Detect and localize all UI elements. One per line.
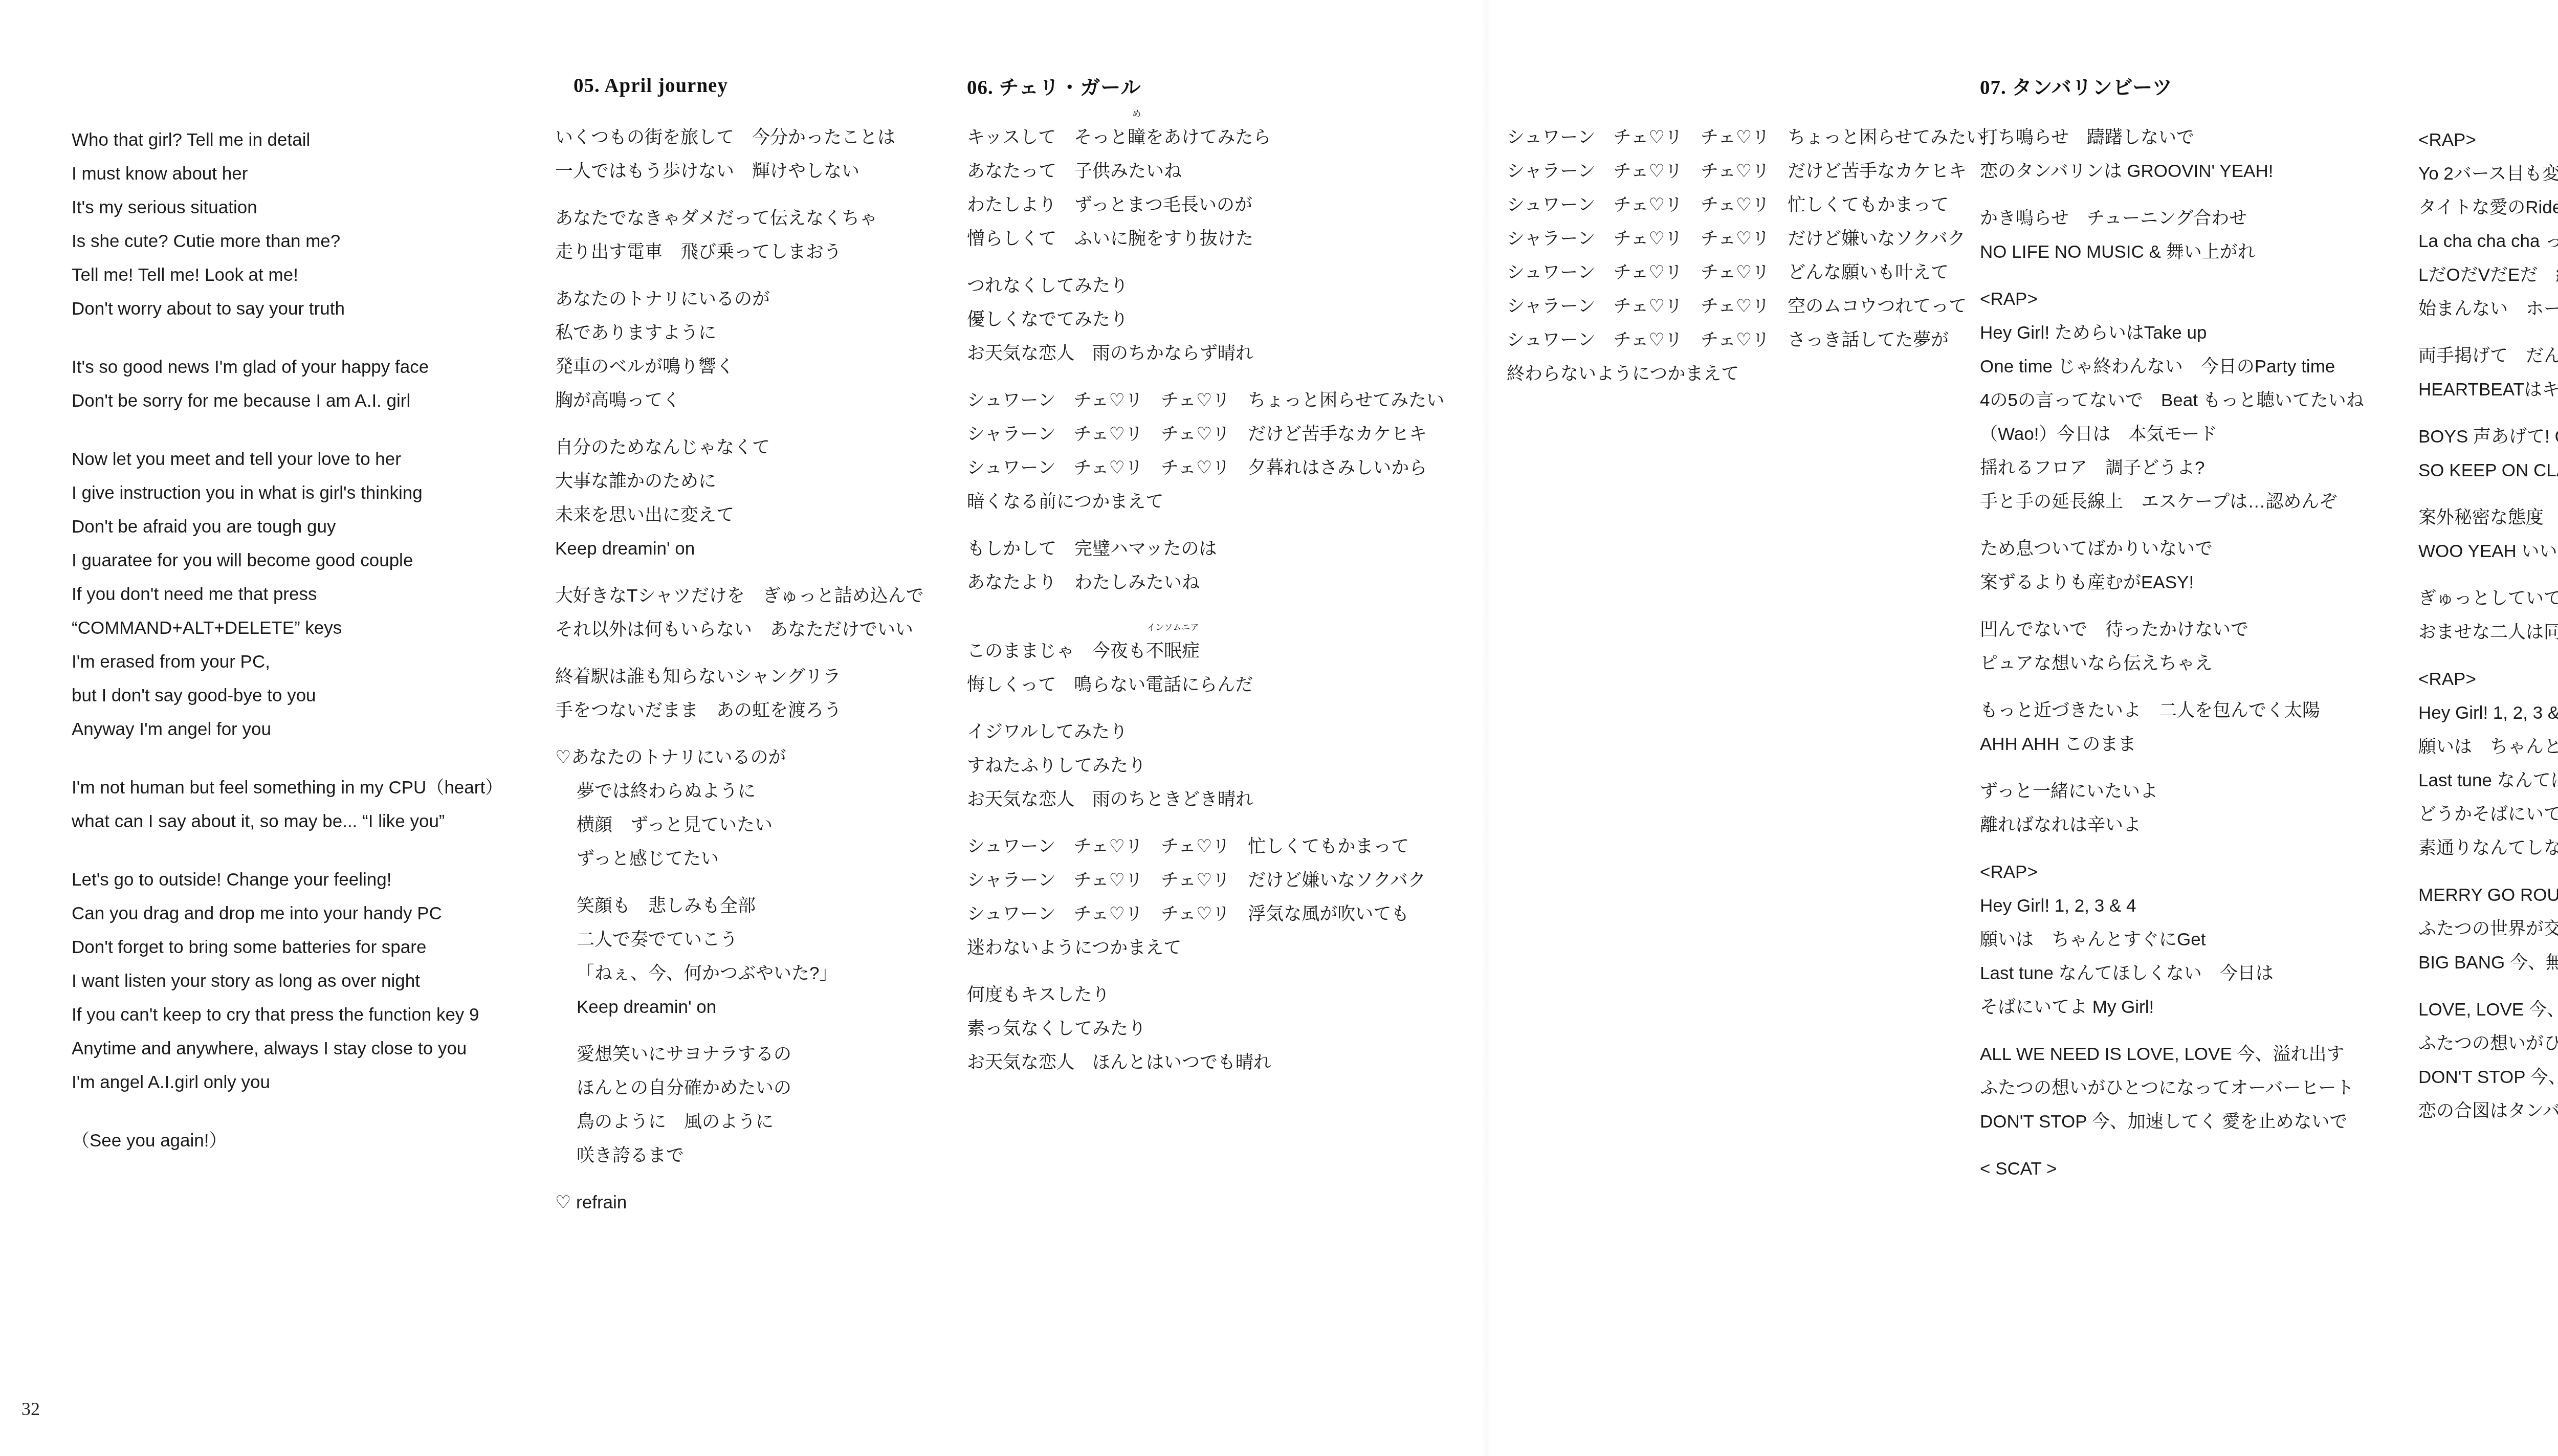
- lyric-line: 案外秘密な態度 そんな仕草にLIGHT ON: [2418, 501, 2558, 535]
- stanza-break: [967, 702, 1426, 715]
- lyric-line: 案ずるよりも産むがEASY!: [1980, 566, 2364, 600]
- lyric-line: ♡あなたのトナリにいるのが: [555, 741, 924, 775]
- stanza-break: [2418, 407, 2558, 420]
- lyric-line: 横顔 ずっと見ていたい: [555, 808, 924, 842]
- lyric-line: 4の5の言ってないで Beat もっと聴いてたいね: [1980, 384, 2364, 417]
- lyric-line: 咲き誇るまで: [555, 1139, 924, 1173]
- lyric-line: ふたつの想いがひとつになってオーバーヒート: [1980, 1071, 2364, 1105]
- lyric-line: シャラーン チェ♡リ チェ♡リ だけど苦手なカケヒキ: [967, 417, 1444, 451]
- lyric-line: It's so good news I'm glad of your happy…: [72, 350, 503, 384]
- lyric-line: シャラーン チェ♡リ チェ♡リ だけど嫌いなソクバク: [967, 864, 1426, 897]
- lyric-line: 始まんない ホーミー! 味わいたい恋… a ah…: [2418, 292, 2558, 326]
- lyric-line: ALL WE NEED IS LOVE, LOVE 今、溢れ出す: [1980, 1038, 2364, 1071]
- lyric-line: Don't be sorry for me because I am A.I. …: [72, 384, 503, 418]
- lyric-line: Don't worry about to say your truth: [72, 292, 503, 326]
- song-title-cherry-girl: 06. チェリ・ガール: [967, 72, 1141, 100]
- lyric-lines: 打ち鳴らせ 躊躇しないで恋のタンバリンは GROOVIN' YEAH!かき鳴らせ…: [1980, 121, 2364, 1186]
- lyric-line: いくつもの街を旅して 今分かったことは: [555, 121, 924, 155]
- lyric-lines: <RAP>Yo 2バース目も変わんないよタイトな愛のRide on!La cha…: [2418, 123, 2558, 1128]
- lyric-line: I'm not human but feel something in my C…: [72, 771, 503, 805]
- lyric-line: 何度もキスしたり: [967, 978, 1426, 1012]
- lyric-lines: このままじゃ 今夜もインソムニア不眠症: [967, 634, 1200, 668]
- stanza-break: [555, 417, 924, 431]
- lyric-line: Last tune なんてほしくない 今日は: [2418, 764, 2558, 798]
- lyric-line: 鳥のように 風のように: [555, 1105, 924, 1139]
- lyric-line: SO KEEP ON CLAPPING HANDS よろぴくねv: [2418, 454, 2558, 488]
- lyric-line: 素っ気なくしてみたり: [967, 1012, 1426, 1046]
- lyric-line: Is she cute? Cutie more than me?: [72, 225, 503, 258]
- lyric-line: ピュアな想いなら伝えちゃえ: [1980, 647, 2364, 680]
- lyric-line: 恋の合図はタンバリン: [2418, 1094, 2558, 1128]
- lyric-line: 願いは ちゃんとすぐにGet: [2418, 730, 2558, 764]
- lyric-line: それ以外は何もいらない あなただけでいい: [555, 613, 924, 647]
- lyric-line: 迷わないようにつかまえて: [967, 931, 1426, 965]
- lyric-line: Who that girl? Tell me in detail: [72, 123, 503, 157]
- lyric-line: <RAP>: [1980, 855, 2364, 889]
- ruby-base: め瞳: [1128, 121, 1145, 155]
- lyric-line: 大事な誰かのために: [555, 465, 924, 498]
- ruby-base: インソムニア不眠症: [1146, 634, 1200, 668]
- song-title-tambourine-beats: 07. タンバリンビーツ: [1980, 72, 2173, 100]
- lyric-line: シュワーン チェ♡リ チェ♡リ どんな願いも叶えて: [1507, 256, 1984, 290]
- lyric-line: 打ち鳴らせ 躊躇しないで: [1980, 121, 2364, 155]
- lyric-line: 暗くなる前につかまえて: [967, 485, 1444, 519]
- stanza-break: [2418, 326, 2558, 339]
- stanza-break: [967, 370, 1444, 384]
- lyric-line: MERRY GO ROUND, ROUND 今、廻り出す: [2418, 878, 2558, 912]
- lyric-line: お天気な恋人 雨のちときどき晴れ: [967, 783, 1426, 817]
- lyric-line: One time じゃ終わんない 今日のParty time: [1980, 350, 2364, 384]
- lyric-line: Keep dreamin' on: [555, 532, 924, 566]
- lyric-line: 自分のためなんじゃなくて: [555, 431, 924, 465]
- lyric-line: <RAP>: [2418, 663, 2558, 696]
- lyric-line: Let's go to outside! Change your feeling…: [72, 863, 503, 897]
- stanza-break: [555, 269, 924, 282]
- stanza-break: [72, 326, 503, 350]
- lyric-lines: あなたって 子供みたいねわたしより ずっとまつ毛長いのが憎らしくて ふいに腕をす…: [967, 155, 1444, 613]
- lyric-line: Don't forget to bring some batteries for…: [72, 931, 503, 964]
- lyric-line: Anytime and anywhere, always I stay clos…: [72, 1032, 503, 1066]
- stanza-break: [1980, 761, 2364, 775]
- lyric-line: あなたって 子供みたいね: [967, 155, 1444, 188]
- stanza-break: [555, 1024, 924, 1038]
- lyric-line-with-ruby: このままじゃ 今夜もインソムニア不眠症: [967, 634, 1200, 668]
- lyric-line: シュワーン チェ♡リ チェ♡リ ちょっと困らせてみたい: [1507, 121, 1984, 155]
- lyric-line: 大好きなTシャツだけを ぎゅっと詰め込んで: [555, 579, 924, 613]
- lyric-line: 凹んでないで 待ったかけないで: [1980, 613, 2364, 647]
- lyric-line: （See you again!）: [72, 1124, 503, 1158]
- lyric-line: Hey Girl! ためらいはTake up: [1980, 316, 2364, 350]
- lyric-line: シャラーン チェ♡リ チェ♡リ だけど嫌いなソクバク: [1507, 222, 1984, 256]
- lyric-line: お天気な恋人 ほんとはいつでも晴れ: [967, 1046, 1426, 1079]
- lyric-line: ♡ refrain: [555, 1186, 924, 1220]
- stanza-break: [555, 727, 924, 741]
- lyric-line: 憎らしくて ふいに腕をすり抜けた: [967, 222, 1444, 256]
- stanza-break: [1980, 600, 2364, 613]
- lyric-line: Don't be afraid you are tough guy: [72, 510, 503, 544]
- lyric-line: < SCAT >: [1980, 1152, 2364, 1186]
- lyric-lines: いくつもの街を旅して 今分かったことは一人ではもう歩けない 輝けやしないあなたで…: [555, 121, 924, 1220]
- lyric-line: かき鳴らせ チューニング合わせ: [1980, 202, 2364, 235]
- lyric-line: I guaratee for you will become good coup…: [72, 544, 503, 578]
- lyric-line: LOVE, LOVE 今、溢れ出す: [2418, 993, 2558, 1027]
- lyric-lines: シュワーン チェ♡リ チェ♡リ ちょっと困らせてみたいシャラーン チェ♡リ チェ…: [1507, 121, 1984, 391]
- lyric-line: 手と手の延長線上 エスケープは…認めんぞ: [1980, 485, 2364, 519]
- lyric-line: I give instruction you in what is girl's…: [72, 476, 503, 510]
- lyric-line: ずっと一緒にいたいよ: [1980, 775, 2364, 808]
- stanza-break: [1980, 842, 2364, 855]
- stanza-break: [967, 965, 1426, 978]
- lyric-line: 離ればなれは辛いよ: [1980, 808, 2364, 842]
- stanza-break: [1980, 269, 2364, 282]
- lyric-line: 愛想笑いにサヨナラするの: [555, 1038, 924, 1071]
- lyric-line: DON'T STOP 今、加速してく 愛を止めないで: [1980, 1105, 2364, 1139]
- lyric-lines: Who that girl? Tell me in detailI must k…: [72, 123, 503, 1158]
- stanza-break: [1980, 519, 2364, 532]
- stanza-break: [72, 839, 503, 863]
- lyric-line: LだOだVだEだ 結果 今日は君なしじゃ…: [2418, 258, 2558, 292]
- stanza-break: [2418, 568, 2558, 582]
- lyric-line: 悔しくって 鳴らない電話にらんだ: [967, 668, 1426, 702]
- stanza-break: [555, 876, 924, 889]
- lyric-line: 二人で奏でていこう: [555, 923, 924, 957]
- stanza-break: [967, 817, 1426, 830]
- lyric-line: ほんとの自分確かめたいの: [555, 1071, 924, 1105]
- lyric-line: I'm angel A.I.girl only you: [72, 1066, 503, 1099]
- stanza-break: [555, 566, 924, 579]
- lyric-line: すねたふりしてみたり: [967, 749, 1426, 783]
- lyric-line: 終わらないようにつかまえて: [1507, 357, 1984, 391]
- lyric-line: Hey Girl! 1, 2, 3 & 4: [2418, 696, 2558, 730]
- lyric-line: It's my serious situation: [72, 191, 503, 225]
- lyric-line: If you can't keep to cry that press the …: [72, 998, 503, 1032]
- lyric-line: シュワーン チェ♡リ チェ♡リ 忙しくてもかまって: [1507, 188, 1984, 222]
- stanza-break: [555, 188, 924, 202]
- lyric-line: I must know about her: [72, 157, 503, 191]
- lyric-line: 手をつないだまま あの虹を渡ろう: [555, 694, 924, 727]
- lyric-line: お天気な恋人 雨のちかならず晴れ: [967, 337, 1444, 370]
- stanza-break: [1980, 188, 2364, 202]
- stanza-break: [555, 647, 924, 660]
- lyric-line: If you don't need me that press: [72, 578, 503, 611]
- lyric-line: シュワーン チェ♡リ チェ♡リ さっき話してた夢が: [1507, 323, 1984, 357]
- lyric-line: 優しくなでてみたり: [967, 303, 1444, 337]
- ruby-annotation: め: [1132, 109, 1141, 118]
- stanza-break: [2418, 865, 2558, 878]
- lyric-lines: 悔しくって 鳴らない電話にらんだイジワルしてみたりすねたふりしてみたりお天気な恋…: [967, 668, 1426, 1079]
- lyric-line: Last tune なんてほしくない 今日は: [1980, 957, 2364, 990]
- stanza-break: [72, 1099, 503, 1124]
- lyric-line: ふたつの世界が交わってゆくユニバース: [2418, 912, 2558, 946]
- lyric-line: あなたでなきゃダメだって伝えなくちゃ: [555, 202, 924, 235]
- lyric-line: Keep dreamin' on: [555, 990, 924, 1024]
- lyric-line: but I don't say good-bye to you: [72, 679, 503, 713]
- lyric-line: 笑顔も 悲しみも全部: [555, 889, 924, 923]
- lyric-line: 私でありますように: [555, 316, 924, 350]
- stanza-break: [72, 418, 503, 443]
- lyric-line: 願いは ちゃんとすぐにGet: [1980, 923, 2364, 957]
- stanza-break: [967, 256, 1444, 269]
- lyric-line: I want listen your story as long as over…: [72, 964, 503, 998]
- lyric-lines: キッスして そっとめ瞳をあけてみたら: [967, 121, 1271, 155]
- lyric-line: 素通りなんてしないで One Love: [2418, 831, 2558, 865]
- lyric-line: “COMMAND+ALT+DELETE” keys: [72, 611, 503, 645]
- lyric-line: どうかそばにいてよ My Girl!: [2418, 798, 2558, 831]
- lyric-line: イジワルしてみたり: [967, 715, 1426, 749]
- stanza-break: [2418, 980, 2558, 993]
- lyric-line: タイトな愛のRide on!: [2418, 191, 2558, 225]
- lyric-line: NO LIFE NO MUSIC & 舞い上がれ: [1980, 235, 2364, 269]
- lyric-line: Now let you meet and tell your love to h…: [72, 443, 503, 476]
- lyric-line: WOO YEAH いいかも…: [2418, 535, 2558, 568]
- lyric-line: Can you drag and drop me into your handy…: [72, 897, 503, 931]
- song-title-april-journey: 05. April journey: [574, 74, 728, 97]
- lyric-line: つれなくしてみたり: [967, 269, 1444, 303]
- lyric-line: もしかして 完璧ハマッたのは: [967, 532, 1444, 566]
- ruby-annotation: インソムニア: [1147, 623, 1199, 632]
- lyric-line: ふたつの想いがひとつになってオーバーヒート: [2418, 1027, 2558, 1061]
- lyric-line: I'm erased from your PC,: [72, 645, 503, 679]
- lyric-line: 揺れるフロア 調子どうよ?: [1980, 451, 2364, 485]
- lyric-line: 胸が高鳴ってく: [555, 384, 924, 417]
- lyric-line: AHH AHH このまま: [1980, 727, 2364, 761]
- lyric-line: La cha cha cha って 愛は重なっちゃって: [2418, 225, 2558, 258]
- stanza-break: [2418, 649, 2558, 663]
- lyric-line: 走り出す電車 飛び乗ってしまおう: [555, 235, 924, 269]
- lyric-line: シュワーン チェ♡リ チェ♡リ ちょっと困らせてみたい: [967, 384, 1444, 417]
- lyric-line: （Wao!）今日は 本気モード: [1980, 417, 2364, 451]
- lyric-line: シュワーン チェ♡リ チェ♡リ 夕暮れはさみしいから: [967, 451, 1444, 485]
- lyric-line: シュワーン チェ♡リ チェ♡リ 忙しくてもかまって: [967, 830, 1426, 864]
- lyric-line: <RAP>: [2418, 123, 2558, 157]
- lyric-line: 発車のベルが鳴り響く: [555, 350, 924, 384]
- lyric-line: あなたのトナリにいるのが: [555, 282, 924, 316]
- lyric-booklet-spread: Who that girl? Tell me in detailI must k…: [0, 0, 2558, 1456]
- lyric-line: DON'T STOP 今、加速してく 愛を止めないで: [2418, 1061, 2558, 1094]
- lyric-line: 両手掲げて だんだんとアガれ: [2418, 339, 2558, 373]
- lyric-line: そばにいてよ My Girl!: [1980, 990, 2364, 1024]
- lyric-line: シュワーン チェ♡リ チェ♡リ 浮気な風が吹いても: [967, 897, 1426, 931]
- lyric-line: Anyway I'm angel for you: [72, 713, 503, 746]
- lyric-line: BOYS 声あげて! GIRLSもいっちゃって!: [2418, 420, 2558, 454]
- stanza-break: [2418, 488, 2558, 501]
- lyric-line: BIG BANG 今、無限大の情熱のENERGY: [2418, 946, 2558, 980]
- lyric-line: ため息ついてばかりいないで: [1980, 532, 2364, 566]
- lyric-line: HEARTBEATはキミと無限ループ: [2418, 373, 2558, 407]
- lyric-line: Hey Girl! 1, 2, 3 & 4: [1980, 889, 2364, 923]
- lyric-line: Yo 2バース目も変わんないよ: [2418, 157, 2558, 191]
- lyric-line: あなたより わたしみたいね: [967, 566, 1444, 600]
- stanza-break: [72, 746, 503, 771]
- page-number-left: 32: [21, 1398, 40, 1420]
- lyric-line-with-ruby: キッスして そっとめ瞳をあけてみたら: [967, 121, 1271, 155]
- stanza-break: [1980, 1024, 2364, 1038]
- lyric-line: ずっと感じてたい: [555, 842, 924, 876]
- lyric-line: 未来を思い出に変えて: [555, 498, 924, 532]
- lyric-line: <RAP>: [1980, 282, 2364, 316]
- lyric-line: おませな二人は同様: [2418, 615, 2558, 649]
- lyric-line: Tell me! Tell me! Look at me!: [72, 258, 503, 292]
- lyric-line: 終着駅は誰も知らないシャングリラ: [555, 660, 924, 694]
- stanza-break: [967, 519, 1444, 532]
- lyric-line: シャラーン チェ♡リ チェ♡リ 空のムコウつれてって: [1507, 290, 1984, 323]
- lyric-line: もっと近づきたいよ 二人を包んでく太陽: [1980, 694, 2364, 727]
- stanza-break: [967, 600, 1444, 613]
- lyric-line: わたしより ずっとまつ毛長いのが: [967, 188, 1444, 222]
- stanza-break: [1980, 1139, 2364, 1152]
- lyric-line: 「ねぇ、今、何かつぶやいた?」: [555, 957, 924, 990]
- stanza-break: [1980, 680, 2364, 694]
- stanza-break: [555, 1173, 924, 1186]
- lyric-line: 恋のタンバリンは GROOVIN' YEAH!: [1980, 155, 2364, 188]
- lyric-line: what can I say about it, so may be... “I…: [72, 805, 503, 839]
- lyric-line: 夢では終わらぬように: [555, 775, 924, 808]
- lyric-line: シャラーン チェ♡リ チェ♡リ だけど苦手なカケヒキ: [1507, 155, 1984, 188]
- lyric-line: ぎゅっとしていて欲しいよ: [2418, 582, 2558, 615]
- page-gutter: [1481, 0, 1491, 1456]
- lyric-line: 一人ではもう歩けない 輝けやしない: [555, 155, 924, 188]
